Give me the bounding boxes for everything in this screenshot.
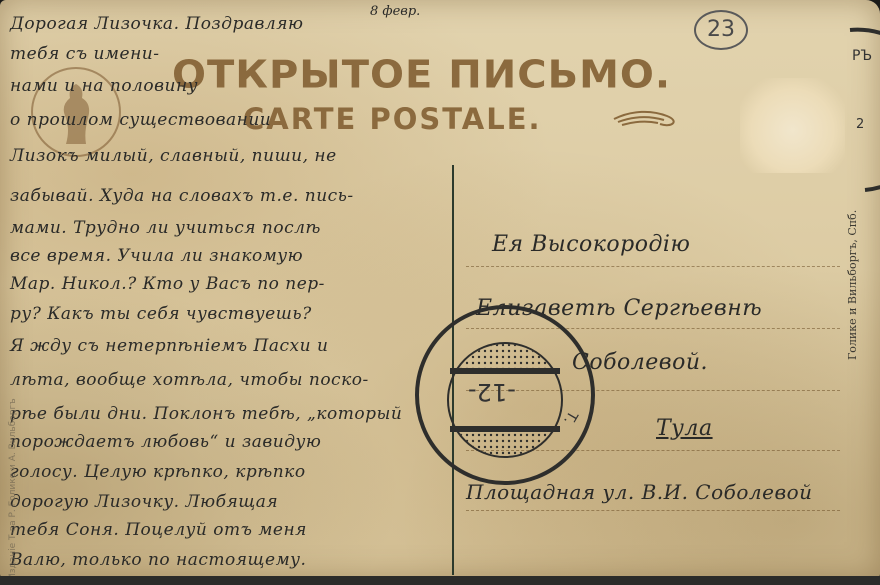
address-honorific: Ея Высокородію bbox=[492, 232, 690, 257]
address-rule bbox=[466, 266, 840, 267]
postmark-partial-right: РЪ 2 bbox=[790, 10, 880, 200]
postcard: РЪ 2 23 ОТКРЫТОЕ ПИСЬМО. CARTE POSTALE. … bbox=[0, 0, 880, 578]
heading-otkrytoe-pismo: ОТКРЫТОЕ ПИСЬМО. bbox=[172, 53, 671, 97]
message-line: голосу. Целую крѣпко, крѣпко bbox=[10, 462, 306, 482]
message-line: ру? Какъ ты себя чувствуешь? bbox=[10, 304, 312, 324]
message-line: тебя Соня. Поцелуй отъ меня bbox=[10, 520, 307, 540]
scan-border bbox=[0, 576, 880, 585]
message-line: Дорогая Лизочка. Поздравляю bbox=[10, 14, 303, 34]
flourish-ornament-icon bbox=[612, 108, 682, 130]
left-edge-imprint: Изданіе Т-ва Р. Голике и А. Вильборгъ bbox=[8, 398, 18, 580]
svg-text:РЪ: РЪ bbox=[852, 48, 872, 64]
message-line: Я жду съ нетерпѣніемъ Пасхи и bbox=[10, 336, 328, 356]
message-line: Мар. Никол.? Кто у Васъ по пер- bbox=[10, 274, 325, 294]
archive-number: 23 bbox=[694, 10, 748, 50]
message-line: дорогую Лизочку. Любящая bbox=[10, 492, 278, 512]
message-line: Валю, только по настоящему. bbox=[10, 550, 306, 570]
message-line: порождаетъ любовь“ и завидую bbox=[10, 432, 321, 452]
message-line: все время. Учила ли знакомую bbox=[10, 246, 303, 266]
message-line: Лизокъ милый, славный, пиши, не bbox=[10, 146, 337, 166]
address-rule bbox=[466, 510, 840, 511]
message-line: забывай. Худа на словахъ т.е. пись- bbox=[10, 186, 354, 206]
postmark-date: -12- bbox=[468, 378, 516, 406]
heading-carte-postale: CARTE POSTALE. bbox=[243, 102, 542, 136]
message-line: тебя съ имени- bbox=[10, 44, 159, 64]
address-city: Тула bbox=[656, 416, 713, 441]
message-line: мами. Трудно ли учиться послѣ bbox=[10, 218, 321, 238]
top-note: 8 февр. bbox=[370, 4, 420, 19]
message-line: лѣта, вообще хотѣла, чтобы поско- bbox=[10, 370, 369, 390]
svg-text:2: 2 bbox=[856, 117, 864, 132]
message-line: нами и на половину bbox=[10, 76, 198, 96]
svg-text:Т.: Т. bbox=[560, 407, 581, 427]
message-line: о прошлом существовании bbox=[10, 110, 271, 130]
publisher-imprint: Голике и Вильборгъ, Спб. bbox=[846, 210, 859, 360]
message-line: рѣе были дни. Поклонъ тебѣ, „который bbox=[10, 404, 402, 424]
